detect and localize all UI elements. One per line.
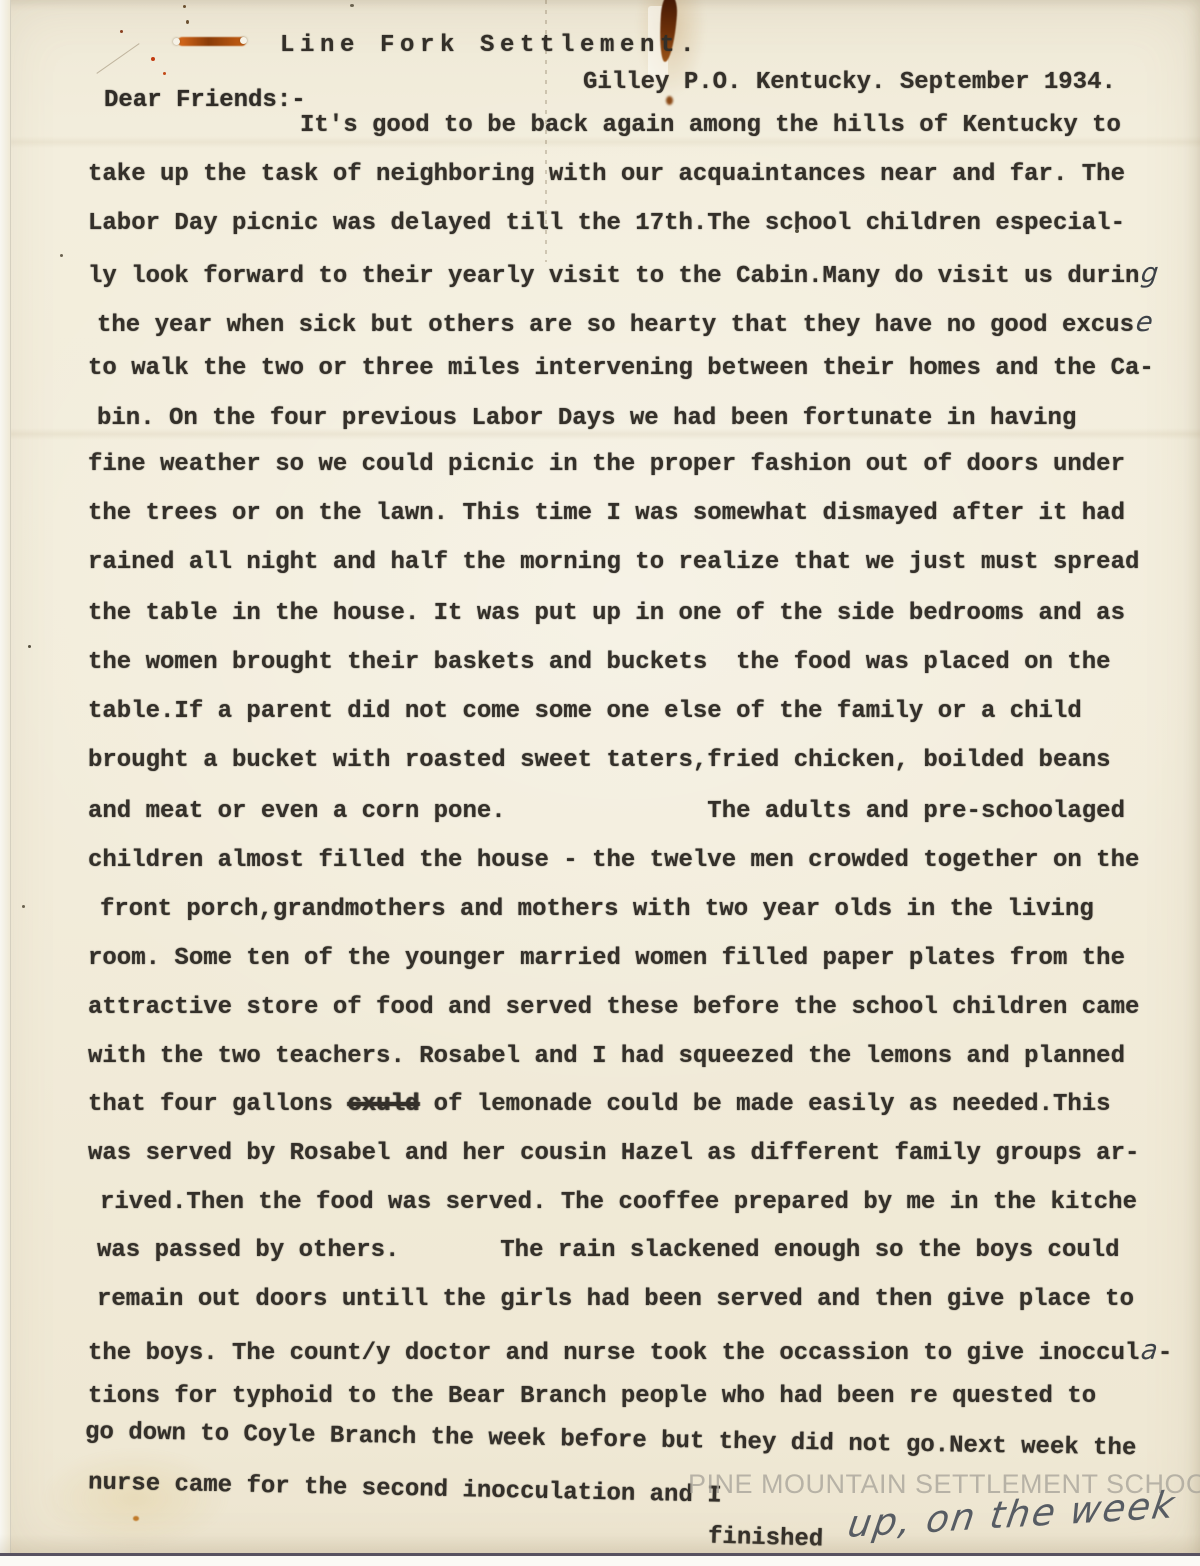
ink-speck: [28, 645, 31, 648]
letter-salutation: Dear Friends:-: [104, 88, 306, 114]
typed-text: go down to Coyle Branch the week before …: [85, 1419, 1137, 1463]
staple-rust-stain: [178, 37, 246, 46]
letter-line: fine weather so we could picnic in the p…: [88, 452, 1125, 478]
letter-line: table.If a parent did not come some one …: [88, 699, 1082, 725]
typed-text: was passed by others. The rain slackened…: [97, 1237, 1120, 1264]
typed-text: the boys. The count/y doctor and nurse t…: [88, 1340, 1139, 1367]
typed-text: Labor Day picnic was delayed till the 17…: [88, 210, 1125, 237]
struck-out-word: cxuld: [347, 1091, 419, 1118]
letter-line: take up the task of neighboring with our…: [88, 162, 1125, 188]
typed-text: ly look forward to their yearly visit to…: [88, 263, 1139, 290]
letter-line: that four gallons cxuld of lemonade coul…: [88, 1092, 1111, 1118]
letter-line: Labor Day picnic was delayed till the 17…: [88, 211, 1125, 237]
letter-line: the trees or on the lawn. This time I wa…: [88, 501, 1125, 527]
ink-speck: [22, 905, 25, 908]
ink-speck: [350, 4, 354, 7]
letter-line: ly look forward to their yearly visit to…: [88, 258, 1159, 290]
letter-page: Line Fork Settlement. Gilley P.O. Kentuc…: [0, 0, 1200, 1566]
typed-text: -: [1158, 1340, 1172, 1367]
letter-line: attractive store of food and served thes…: [88, 995, 1139, 1021]
page-bottom-edge: [0, 1553, 1200, 1566]
page-left-edge: [0, 0, 11, 1566]
paper-scratch: [96, 43, 139, 74]
typed-text: the trees or on the lawn. This time I wa…: [88, 500, 1125, 527]
page-bottom-shadow: [0, 1534, 1200, 1553]
typed-text: children almost filled the house - the t…: [88, 847, 1139, 874]
letter-line: go down to Coyle Branch the week before …: [85, 1420, 1137, 1463]
letter-line: and meat or even a corn pone. The adults…: [88, 799, 1125, 825]
typed-text: the year when sick but others are so hea…: [97, 312, 1134, 339]
typed-text: tions for typhoid to the Bear Branch peo…: [88, 1383, 1096, 1410]
staple-hole: [240, 37, 247, 44]
letter-heading: Line Fork Settlement.: [280, 33, 700, 59]
letter-line: to walk the two or three miles interveni…: [88, 356, 1154, 382]
handwritten-correction: a: [1140, 1335, 1160, 1367]
typed-text: rained all night and half the morning to…: [88, 549, 1139, 576]
typed-text: bin. On the four previous Labor Days we …: [97, 405, 1076, 432]
letter-line: the table in the house. It was put up in…: [88, 601, 1125, 627]
typed-text: room. Some ten of the younger married wo…: [88, 945, 1125, 972]
letter-line: bin. On the four previous Labor Days we …: [97, 406, 1076, 432]
letter-line: rived.Then the food was served. The coof…: [100, 1190, 1137, 1216]
typed-text: of lemonade could be made easily as need…: [419, 1091, 1110, 1118]
handwritten-correction: g: [1140, 258, 1160, 290]
letter-line: It's good to be back again among the hil…: [300, 113, 1121, 139]
typed-text: take up the task of neighboring with our…: [88, 161, 1125, 188]
ink-speck: [60, 254, 63, 257]
ink-speck: [120, 30, 123, 33]
ink-speck: [186, 20, 189, 24]
typed-text: front porch,grandmothers and mothers wit…: [100, 896, 1094, 923]
ink-speck: [183, 5, 186, 8]
typed-text: the table in the house. It was put up in…: [88, 600, 1125, 627]
letter-line: remain out doors untill the girls had be…: [97, 1287, 1134, 1313]
typed-text: the women brought their baskets and buck…: [88, 649, 1111, 676]
letter-line: was served by Rosabel and her cousin Haz…: [88, 1141, 1139, 1167]
letter-line: with the two teachers. Rosabel and I had…: [88, 1044, 1125, 1070]
rust-stain-drop: [666, 96, 673, 105]
typed-text: with the two teachers. Rosabel and I had…: [88, 1043, 1125, 1070]
letter-dateline: Gilley P.O. Kentucky. September 1934.: [583, 70, 1116, 96]
letter-line: rained all night and half the morning to…: [88, 550, 1139, 576]
typed-text: to walk the two or three miles interveni…: [88, 355, 1154, 382]
letter-line: the boys. The count/y doctor and nurse t…: [88, 1335, 1172, 1367]
typed-text: rived.Then the food was served. The coof…: [100, 1189, 1137, 1216]
letter-line: the women brought their baskets and buck…: [88, 650, 1111, 676]
letter-line: was passed by others. The rain slackened…: [97, 1238, 1120, 1264]
handwritten-correction: e: [1134, 307, 1154, 339]
staple-hole: [173, 38, 180, 45]
typed-text: was served by Rosabel and her cousin Haz…: [88, 1140, 1139, 1167]
typed-text: attractive store of food and served thes…: [88, 994, 1139, 1021]
letter-line: children almost filled the house - the t…: [88, 848, 1139, 874]
ink-speck: [163, 72, 166, 75]
letter-line: the year when sick but others are so hea…: [97, 307, 1153, 339]
letter-line: room. Some ten of the younger married wo…: [88, 946, 1125, 972]
ink-speck: [151, 57, 155, 61]
typed-text: that four gallons: [88, 1091, 347, 1118]
typed-text: remain out doors untill the girls had be…: [97, 1286, 1134, 1313]
letter-line: front porch,grandmothers and mothers wit…: [100, 897, 1094, 923]
letter-line: brought a bucket with roasted sweet tate…: [88, 748, 1111, 774]
typed-text: and meat or even a corn pone. The adults…: [88, 798, 1125, 825]
rust-speck: [133, 1516, 139, 1521]
typed-text: brought a bucket with roasted sweet tate…: [88, 747, 1111, 774]
typed-text: table.If a parent did not come some one …: [88, 698, 1082, 725]
typed-text: fine weather so we could picnic in the p…: [88, 451, 1125, 478]
letter-line: tions for typhoid to the Bear Branch peo…: [88, 1384, 1096, 1410]
typed-text: It's good to be back again among the hil…: [300, 112, 1121, 139]
